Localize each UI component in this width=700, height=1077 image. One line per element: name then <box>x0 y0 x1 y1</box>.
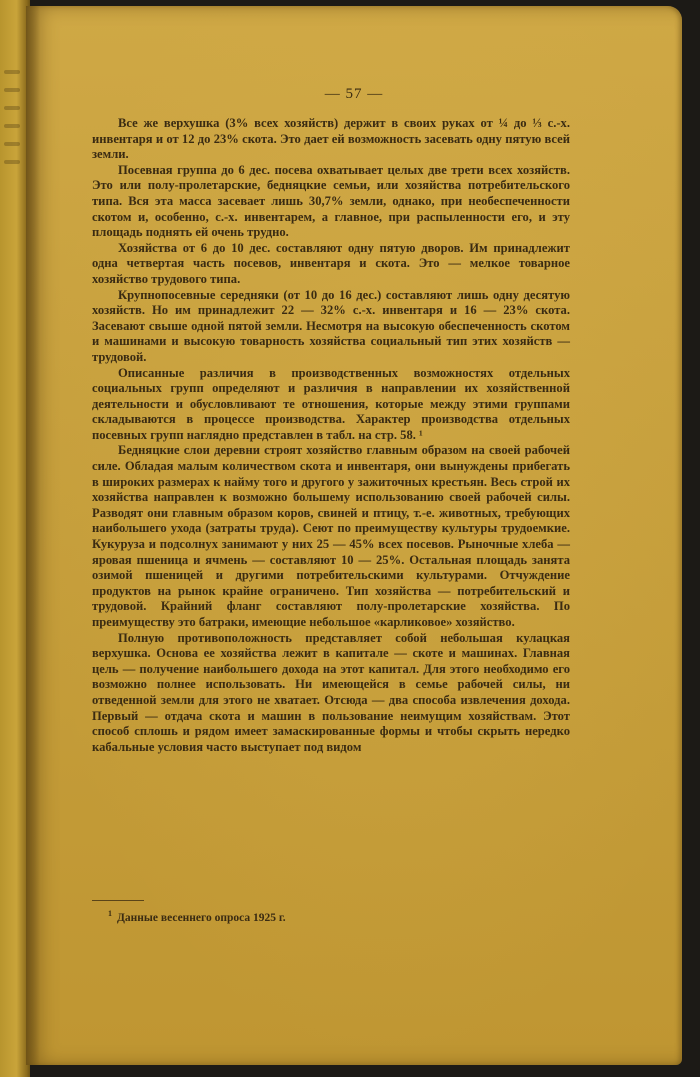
paragraph: Посевная группа до 6 дес. посева охватыв… <box>92 163 570 241</box>
page-gutter-shadow <box>26 6 40 1065</box>
footnote: 1Данные весеннего опроса 1925 г. <box>108 909 286 924</box>
facing-page-text-line <box>4 142 20 146</box>
facing-page-text-line <box>4 88 20 92</box>
body-text: Все же верхушка (3% всех хозяйств) держи… <box>92 116 570 755</box>
paragraph: Все же верхушка (3% всех хозяйств) держи… <box>92 116 570 163</box>
footnote-marker: 1 <box>108 909 112 918</box>
facing-page-text-line <box>4 106 20 110</box>
book-page: — 57 — Все же верхушка (3% всех хозяйств… <box>26 6 682 1065</box>
page-number: — 57 — <box>26 86 682 103</box>
paragraph: Крупнопосевные середняки (от 10 до 16 де… <box>92 288 570 366</box>
paragraph: Бедняцкие слои деревни строят хозяйство … <box>92 443 570 630</box>
paragraph: Полную противоположность представляет со… <box>92 631 570 756</box>
footnote-text: Данные весеннего опроса 1925 г. <box>117 912 286 924</box>
facing-page-text-line <box>4 70 20 74</box>
paragraph: Описанные различия в производственных во… <box>92 366 570 444</box>
facing-page-text-line <box>4 160 20 164</box>
facing-page-text-line <box>4 124 20 128</box>
paragraph: Хозяйства от 6 до 10 дес. составляют одн… <box>92 241 570 288</box>
footnote-divider <box>92 900 144 901</box>
